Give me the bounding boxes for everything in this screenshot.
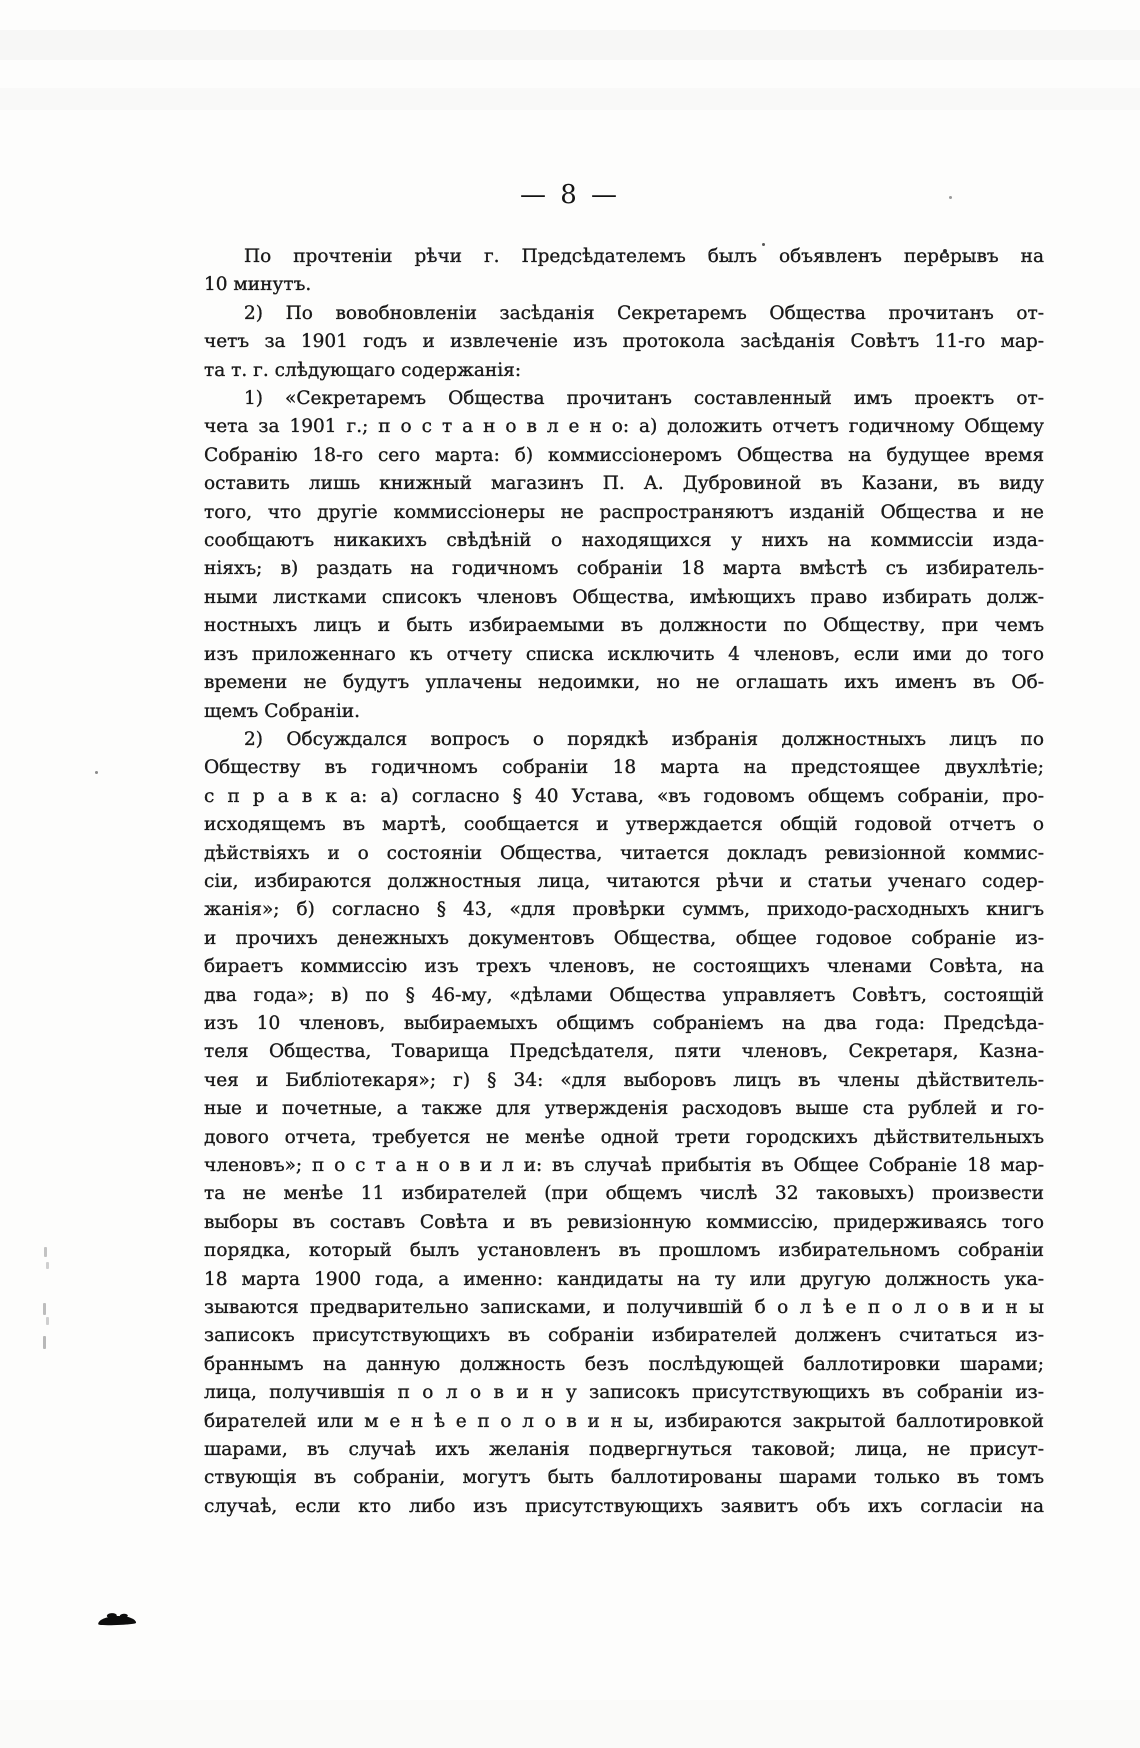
text-line: щемъ Собраніи. xyxy=(204,698,1044,726)
text-line: порядка, который былъ установленъ въ про… xyxy=(204,1237,1044,1265)
text-line: бирателей или м е н ѣ е п о л о в и н ы,… xyxy=(204,1408,1044,1436)
text-line: сообщаютъ никакихъ свѣдѣній о находящихс… xyxy=(204,527,1044,555)
text-line: шарами, въ случаѣ ихъ желанія подвергнут… xyxy=(204,1436,1044,1464)
page-number: — 8 — xyxy=(0,180,1140,210)
text-line: ніяхъ; в) раздать на годичномъ собраніи … xyxy=(204,555,1044,583)
text-line: 2) По вовобновленіи засѣданія Секретарем… xyxy=(204,300,1044,328)
text-block: По прочтеніи рѣчи г. Предсѣдателемъ былъ… xyxy=(204,243,1044,1521)
text-line: того, что другіе коммиссіонеры не распро… xyxy=(204,499,1044,527)
text-line: та т. г. слѣдующаго содержанія: xyxy=(204,357,1044,385)
text-line: четъ за 1901 годъ и извлеченіе изъ прото… xyxy=(204,328,1044,356)
text-line: изъ приложеннаго къ отчету списка исключ… xyxy=(204,641,1044,669)
text-line: жанія»; б) согласно § 43, «для провѣрки … xyxy=(204,896,1044,924)
text-line: времени не будутъ уплачены недоимки, но … xyxy=(204,669,1044,697)
text-line: выборы въ составъ Совѣта и въ ревизіонну… xyxy=(204,1209,1044,1237)
margin-pencil-mark xyxy=(46,1262,49,1269)
text-line: 10 минутъ. xyxy=(204,271,1044,299)
text-line: чета за 1901 г.; п о с т а н о в л е н о… xyxy=(204,413,1044,441)
dust-speck xyxy=(95,771,98,774)
text-line: 1) «Секретаремъ Общества прочитанъ соста… xyxy=(204,385,1044,413)
text-line: 2) Обсуждался вопросъ о порядкѣ избранія… xyxy=(204,726,1044,754)
text-line: членовъ»; п о с т а н о в и л и: въ случ… xyxy=(204,1152,1044,1180)
text-line: дового отчета, требуется не менѣе одной … xyxy=(204,1124,1044,1152)
margin-pencil-mark xyxy=(43,1303,46,1315)
margin-pencil-mark xyxy=(43,1336,46,1349)
text-line: зываются предварительно записками, и пол… xyxy=(204,1294,1044,1322)
ink-smudge-mark xyxy=(98,1615,136,1625)
text-line: и прочихъ денежныхъ документовъ Общества… xyxy=(204,925,1044,953)
text-line: ствующія въ собраніи, могутъ быть баллот… xyxy=(204,1464,1044,1492)
text-line: лица, получившія п о л о в и н у записок… xyxy=(204,1379,1044,1407)
text-line: изъ 10 членовъ, выбираемыхъ общимъ собра… xyxy=(204,1010,1044,1038)
text-line: дѣйствіяхъ и о состояніи Общества, читае… xyxy=(204,840,1044,868)
text-line: записокъ присутствующихъ въ собраніи изб… xyxy=(204,1322,1044,1350)
text-line: ными листками списокъ членовъ Общества, … xyxy=(204,584,1044,612)
scan-artifact-band xyxy=(0,30,1140,60)
text-line: ные и почетные, а также для утвержденія … xyxy=(204,1095,1044,1123)
text-line: случаѣ, если кто либо изъ присутствующих… xyxy=(204,1493,1044,1521)
text-line: ностныхъ лицъ и быть избираемыми въ долж… xyxy=(204,612,1044,640)
text-line: два года»; в) по § 46-му, «дѣлами Общест… xyxy=(204,982,1044,1010)
text-line: чея и Библіотекаря»; г) § 34: «для выбор… xyxy=(204,1067,1044,1095)
scan-artifact-band xyxy=(0,1700,1140,1748)
text-line: оставить лишь книжный магазинъ П. А. Дуб… xyxy=(204,470,1044,498)
dust-speck xyxy=(949,196,952,199)
text-line: 18 марта 1900 года, а именно: кандидаты … xyxy=(204,1266,1044,1294)
text-line: Обществу въ годичномъ собраніи 18 марта … xyxy=(204,754,1044,782)
text-line: та не менѣе 11 избирателей (при общемъ ч… xyxy=(204,1180,1044,1208)
dust-speck xyxy=(762,243,765,246)
text-line: бираетъ коммиссію изъ трехъ членовъ, не … xyxy=(204,953,1044,981)
text-line: исходящемъ въ мартѣ, сообщается и утверж… xyxy=(204,811,1044,839)
text-line: браннымъ на данную должность безъ послѣд… xyxy=(204,1351,1044,1379)
margin-pencil-mark xyxy=(46,1317,49,1325)
scan-artifact-band xyxy=(0,88,1140,110)
text-line: теля Общества, Товарища Предсѣдателя, пя… xyxy=(204,1038,1044,1066)
document-page: — 8 — По прочтеніи рѣчи г. Предсѣдателем… xyxy=(0,0,1140,1748)
dust-speck xyxy=(943,249,947,253)
margin-pencil-mark xyxy=(44,1247,47,1257)
text-line: сіи, избираются должностныя лица, читают… xyxy=(204,868,1044,896)
text-line: с п р а в к а: а) согласно § 40 Устава, … xyxy=(204,783,1044,811)
text-line: Собранію 18-го сего марта: б) коммиссіон… xyxy=(204,442,1044,470)
text-line: По прочтеніи рѣчи г. Предсѣдателемъ былъ… xyxy=(204,243,1044,271)
